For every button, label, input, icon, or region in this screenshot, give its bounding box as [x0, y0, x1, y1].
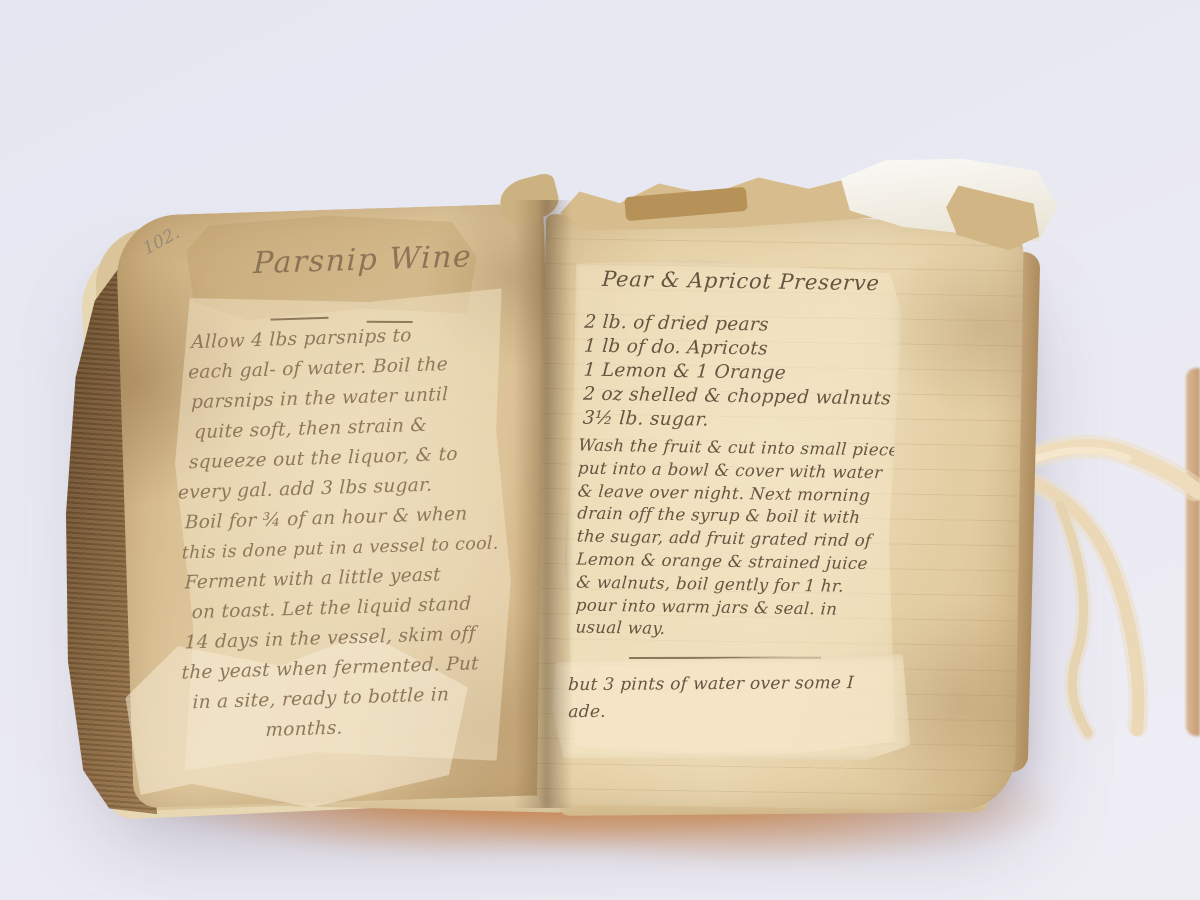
note-line: but 3 pints of water over some I	[567, 670, 854, 699]
left-page: 102. Parsnip Wine Allow 4 lbs parsnips t…	[115, 203, 561, 808]
pasted-note-strip: but 3 pints of water over some I ade.	[552, 654, 911, 762]
page-number: 102.	[140, 222, 183, 259]
right-edge-object	[1186, 368, 1200, 736]
photo-scene: 102. Parsnip Wine Allow 4 lbs parsnips t…	[0, 0, 1200, 900]
note-line: ade.	[568, 697, 855, 726]
left-recipe-body: Allow 4 lbs parsnips to each gal- of wat…	[191, 319, 505, 748]
ingredient-list: 2 lb. of dried pears 1 lb of do. Apricot…	[583, 311, 893, 436]
ingredient-line: 3½ lb. sugar.	[582, 407, 892, 436]
right-recipe-title: Pear & Apricot Preserve	[596, 267, 886, 296]
method-line: usual way.	[575, 617, 906, 645]
method-text: Wash the fruit & cut into small pieces p…	[575, 435, 907, 645]
note-text: but 3 pints of water over some I ade.	[568, 670, 854, 726]
right-page: Pear & Apricot Preserve 2 lb. of dried p…	[537, 214, 1024, 811]
book-gutter-shadow	[514, 200, 572, 808]
